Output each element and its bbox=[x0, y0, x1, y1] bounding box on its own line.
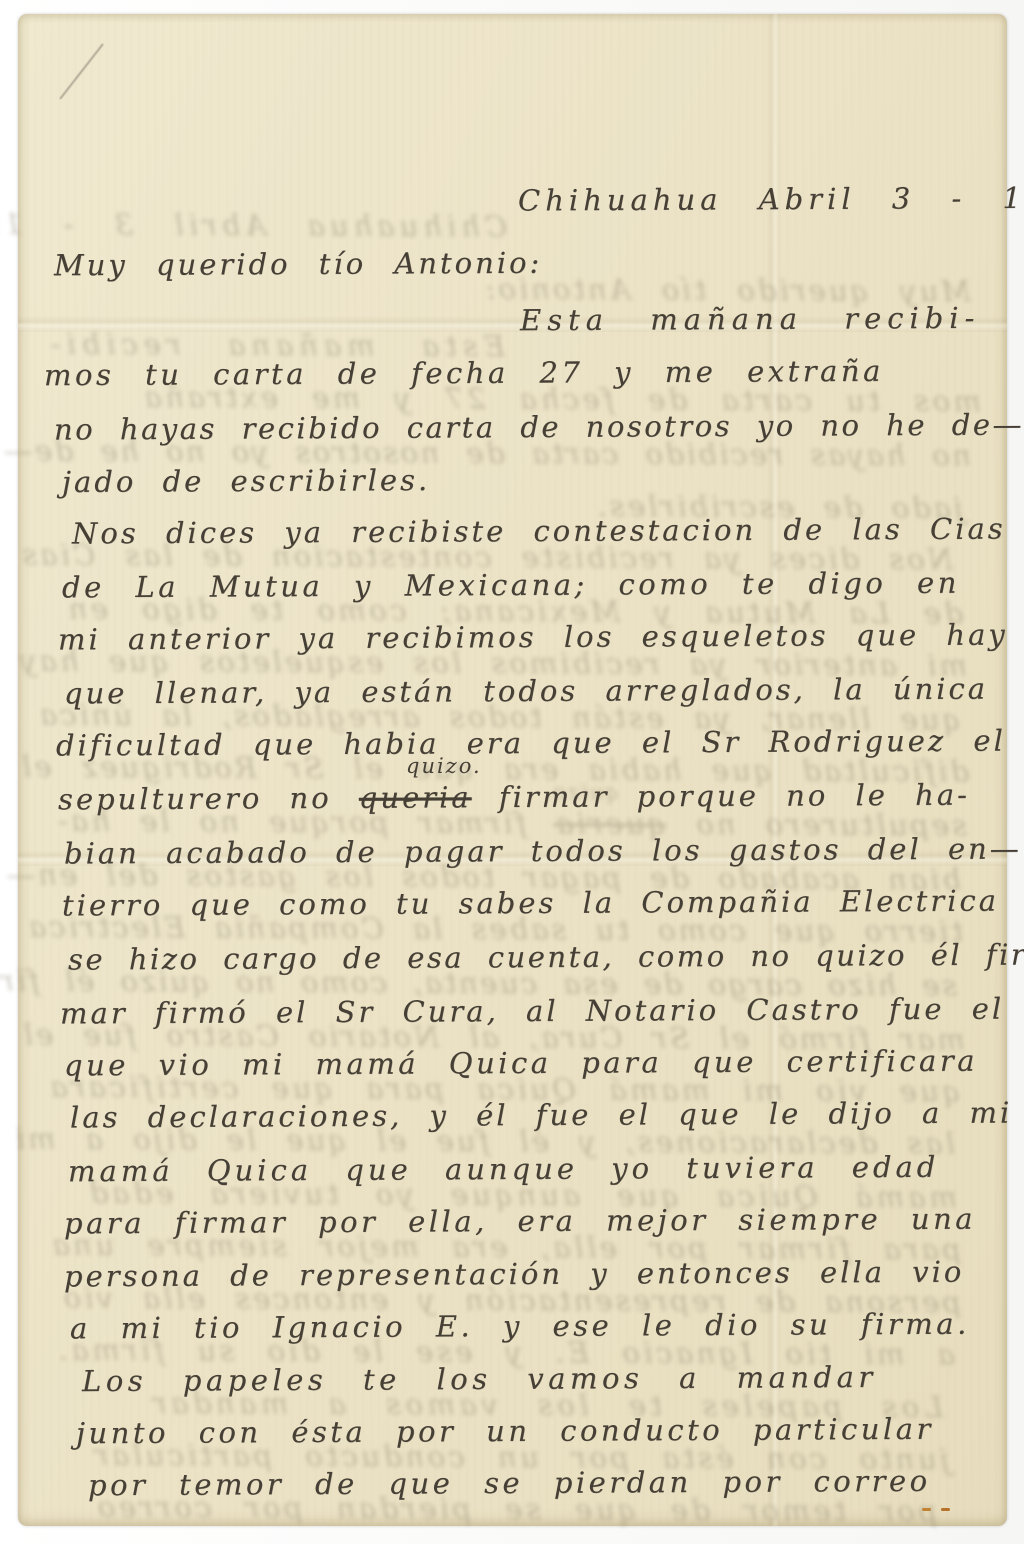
letter-line: junto con ésta por un conducto particula… bbox=[76, 1412, 934, 1450]
letter-line: para firmar por ella, era mejor siempre … bbox=[64, 1202, 976, 1241]
letter-line: mamá Quica que aunque yo tuviera edad bbox=[68, 1150, 939, 1189]
letter-paper: quizo.Chihuahua Abril 3 - 1916Muy querid… bbox=[18, 14, 1007, 1526]
letter-line: tierro que como tu sabes la Compañia Ele… bbox=[62, 884, 999, 923]
letter-line: no hayas recibido carta de nosotros yo n… bbox=[54, 407, 1024, 446]
stain-dash bbox=[941, 1508, 950, 1511]
strikethrough-word: queria bbox=[359, 780, 472, 815]
letter-line: se hizo cargo de esa cuenta, como no qui… bbox=[68, 937, 1024, 976]
letter-line: mi anterior ya recibimos los esqueletos … bbox=[58, 618, 1008, 657]
letter-line: Los papeles te los vamos a mandar bbox=[82, 1360, 877, 1398]
scan-background: quizo.Chihuahua Abril 3 - 1916Muy querid… bbox=[0, 0, 1024, 1544]
letter-line: jado de escribirles. bbox=[62, 463, 430, 499]
letter-line: las declaraciones, y él fue el que le di… bbox=[70, 1096, 1012, 1135]
letter-line: persona de representación y entonces ell… bbox=[64, 1255, 964, 1294]
letter-line: a mi tio Ignacio E. y ese le dio su firm… bbox=[70, 1307, 970, 1346]
letter-line: que llenar, ya están todos arreglados, l… bbox=[64, 672, 988, 711]
letter-line: por temor de que se pierdan por correo bbox=[88, 1464, 931, 1502]
letter-line: que vio mi mamá Quica para que certifica… bbox=[64, 1044, 978, 1083]
strikethrough-line: sepulturero no queria firmar porque no l… bbox=[58, 778, 970, 817]
letter-line: dificultad que habia era que el Sr Rodri… bbox=[56, 724, 1006, 763]
date-line: Chihuahua Abril 3 - 1916 bbox=[518, 180, 1024, 217]
stain-dash bbox=[922, 1508, 931, 1511]
letter-line: de La Mutua y Mexicana; como te digo en bbox=[62, 566, 960, 605]
letter-line: mos tu carta de fecha 27 y me extraña bbox=[44, 354, 884, 392]
salutation: Muy querido tío Antonio: bbox=[54, 246, 542, 283]
letter-line: mar firmó el Sr Cura, al Notario Castro … bbox=[60, 992, 1004, 1031]
letter-line: Nos dices ya recibiste contestacion de l… bbox=[72, 512, 1006, 551]
letter-text: firmar porque no le ha- bbox=[472, 778, 970, 815]
letter-line: bian acabado de pagar todos los gastos d… bbox=[64, 831, 1022, 870]
letter-text: sepulturero no bbox=[58, 781, 359, 817]
letter-text-layer: quizo. Chihuahua Abril 3 - 1916Muy queri… bbox=[18, 14, 1007, 1526]
letter-line: Esta mañana recibi- bbox=[520, 301, 981, 337]
